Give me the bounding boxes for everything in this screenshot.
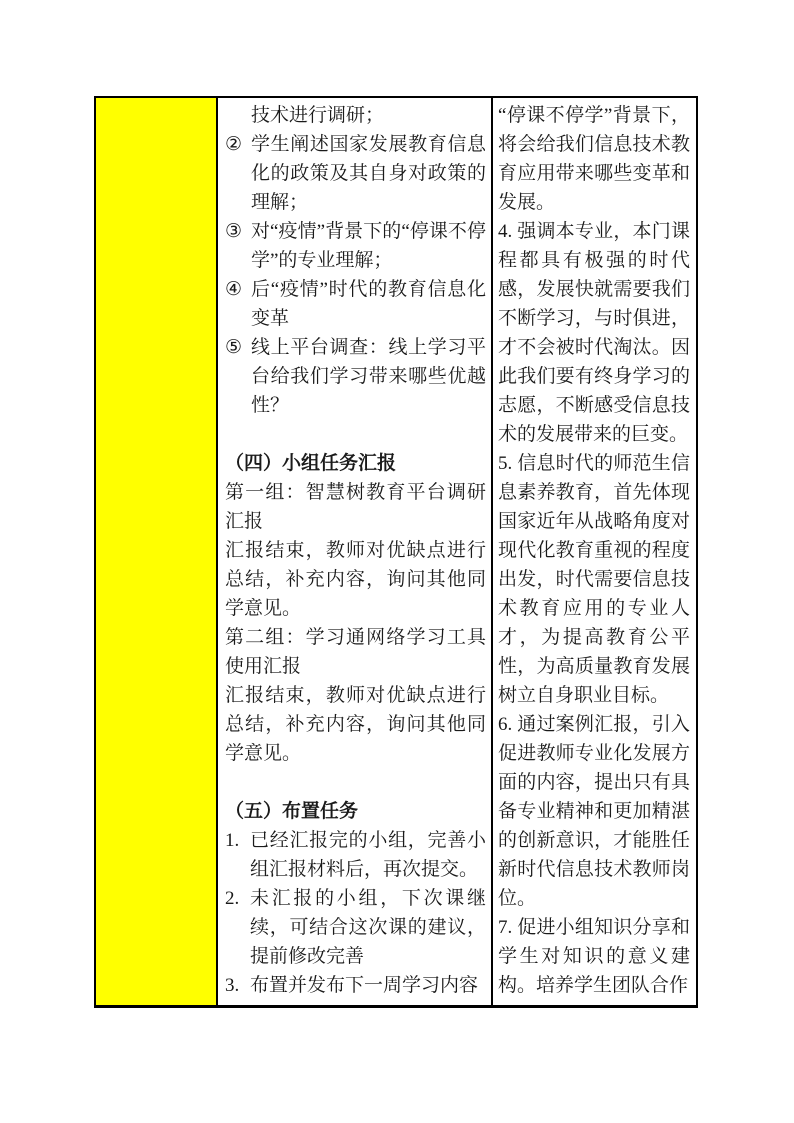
numbered-list-item: 1. 已经汇报完的小组，完善小组汇报材料后，再次提交。 [225,826,486,884]
highlight-cell [96,98,218,1005]
numbered-list-item: 3. 布置并发布下一周学习内容 [225,971,486,1000]
list-item-text: 线上平台调查：线上学习平台给我们学习带来哪些优越性？ [251,333,486,420]
paragraph: 第一组：智慧树教育平台调研汇报 [225,478,486,536]
section-heading-four: （四）小组任务汇报 [225,449,486,478]
paragraph: 5. 信息时代的师范生信息素养教育，首先体现国家近年从战略角度对现代化教育重视的… [498,449,690,710]
circled-list-item: ② 学生阐述国家发展教育信息化的政策及其自身对政策的理解； [225,130,486,217]
list-item-text: 后“疫情”时代的教育信息化变革 [251,275,486,333]
circled-number-marker: ④ [225,275,251,333]
paragraph: 4. 强调本专业，本门课程都具有极强的时代感，发展快就需要我们不断学习，与时俱进… [498,217,690,449]
circled-list-item: ④ 后“疫情”时代的教育信息化变革 [225,275,486,333]
circled-list-item: ③ 对“疫情”背景下的“停课不停学”的专业理解； [225,217,486,275]
paragraph: “停课不停学”背景下，将会给我们信息技术教育应用带来哪些变革和发展。 [498,101,690,217]
list-item-text: 学生阐述国家发展教育信息化的政策及其自身对政策的理解； [251,130,486,217]
number-marker: 3. [225,971,250,1000]
circled-number-marker: ⑤ [225,333,251,420]
number-marker: 2. [225,884,250,971]
paragraph: 第二组：学习通网络学习工具使用汇报 [225,623,486,681]
paragraph: 6. 通过案例汇报，引入促进教师专业化发展方面的内容，提出只有具备专业精神和更加… [498,710,690,913]
numbered-list-item: 2. 未汇报的小组，下次课继续，可结合这次课的建议，提前修改完善 [225,884,486,971]
list-item-text: 布置并发布下一周学习内容 [250,971,486,1000]
lesson-plan-table: 技术进行调研； ② 学生阐述国家发展教育信息化的政策及其自身对政策的理解； ③ … [94,96,698,1008]
section-heading-five: （五）布置任务 [225,797,486,826]
circled-number-marker: ② [225,130,251,217]
list-item-text: 对“疫情”背景下的“停课不停学”的专业理解； [251,217,486,275]
design-intent-cell: “停课不停学”背景下，将会给我们信息技术教育应用带来哪些变革和发展。 4. 强调… [493,98,696,1005]
list-item-text: 已经汇报完的小组，完善小组汇报材料后，再次提交。 [250,826,486,884]
paragraph: 7. 促进小组知识分享和学生对知识的意义建构。培养学生团队合作 [498,913,690,1000]
teaching-process-cell: 技术进行调研； ② 学生阐述国家发展教育信息化的政策及其自身对政策的理解； ③ … [218,98,493,1005]
list-item-text: 未汇报的小组，下次课继续，可结合这次课的建议，提前修改完善 [250,884,486,971]
circled-list-item: ⑤ 线上平台调查：线上学习平台给我们学习带来哪些优越性？ [225,333,486,420]
paragraph: 汇报结束，教师对优缺点进行总结，补充内容，询问其他同学意见。 [225,536,486,623]
paragraph: 汇报结束，教师对优缺点进行总结，补充内容，询问其他同学意见。 [225,681,486,768]
number-marker: 1. [225,826,250,884]
circled-number-marker: ③ [225,217,251,275]
continued-line: 技术进行调研； [225,101,486,130]
